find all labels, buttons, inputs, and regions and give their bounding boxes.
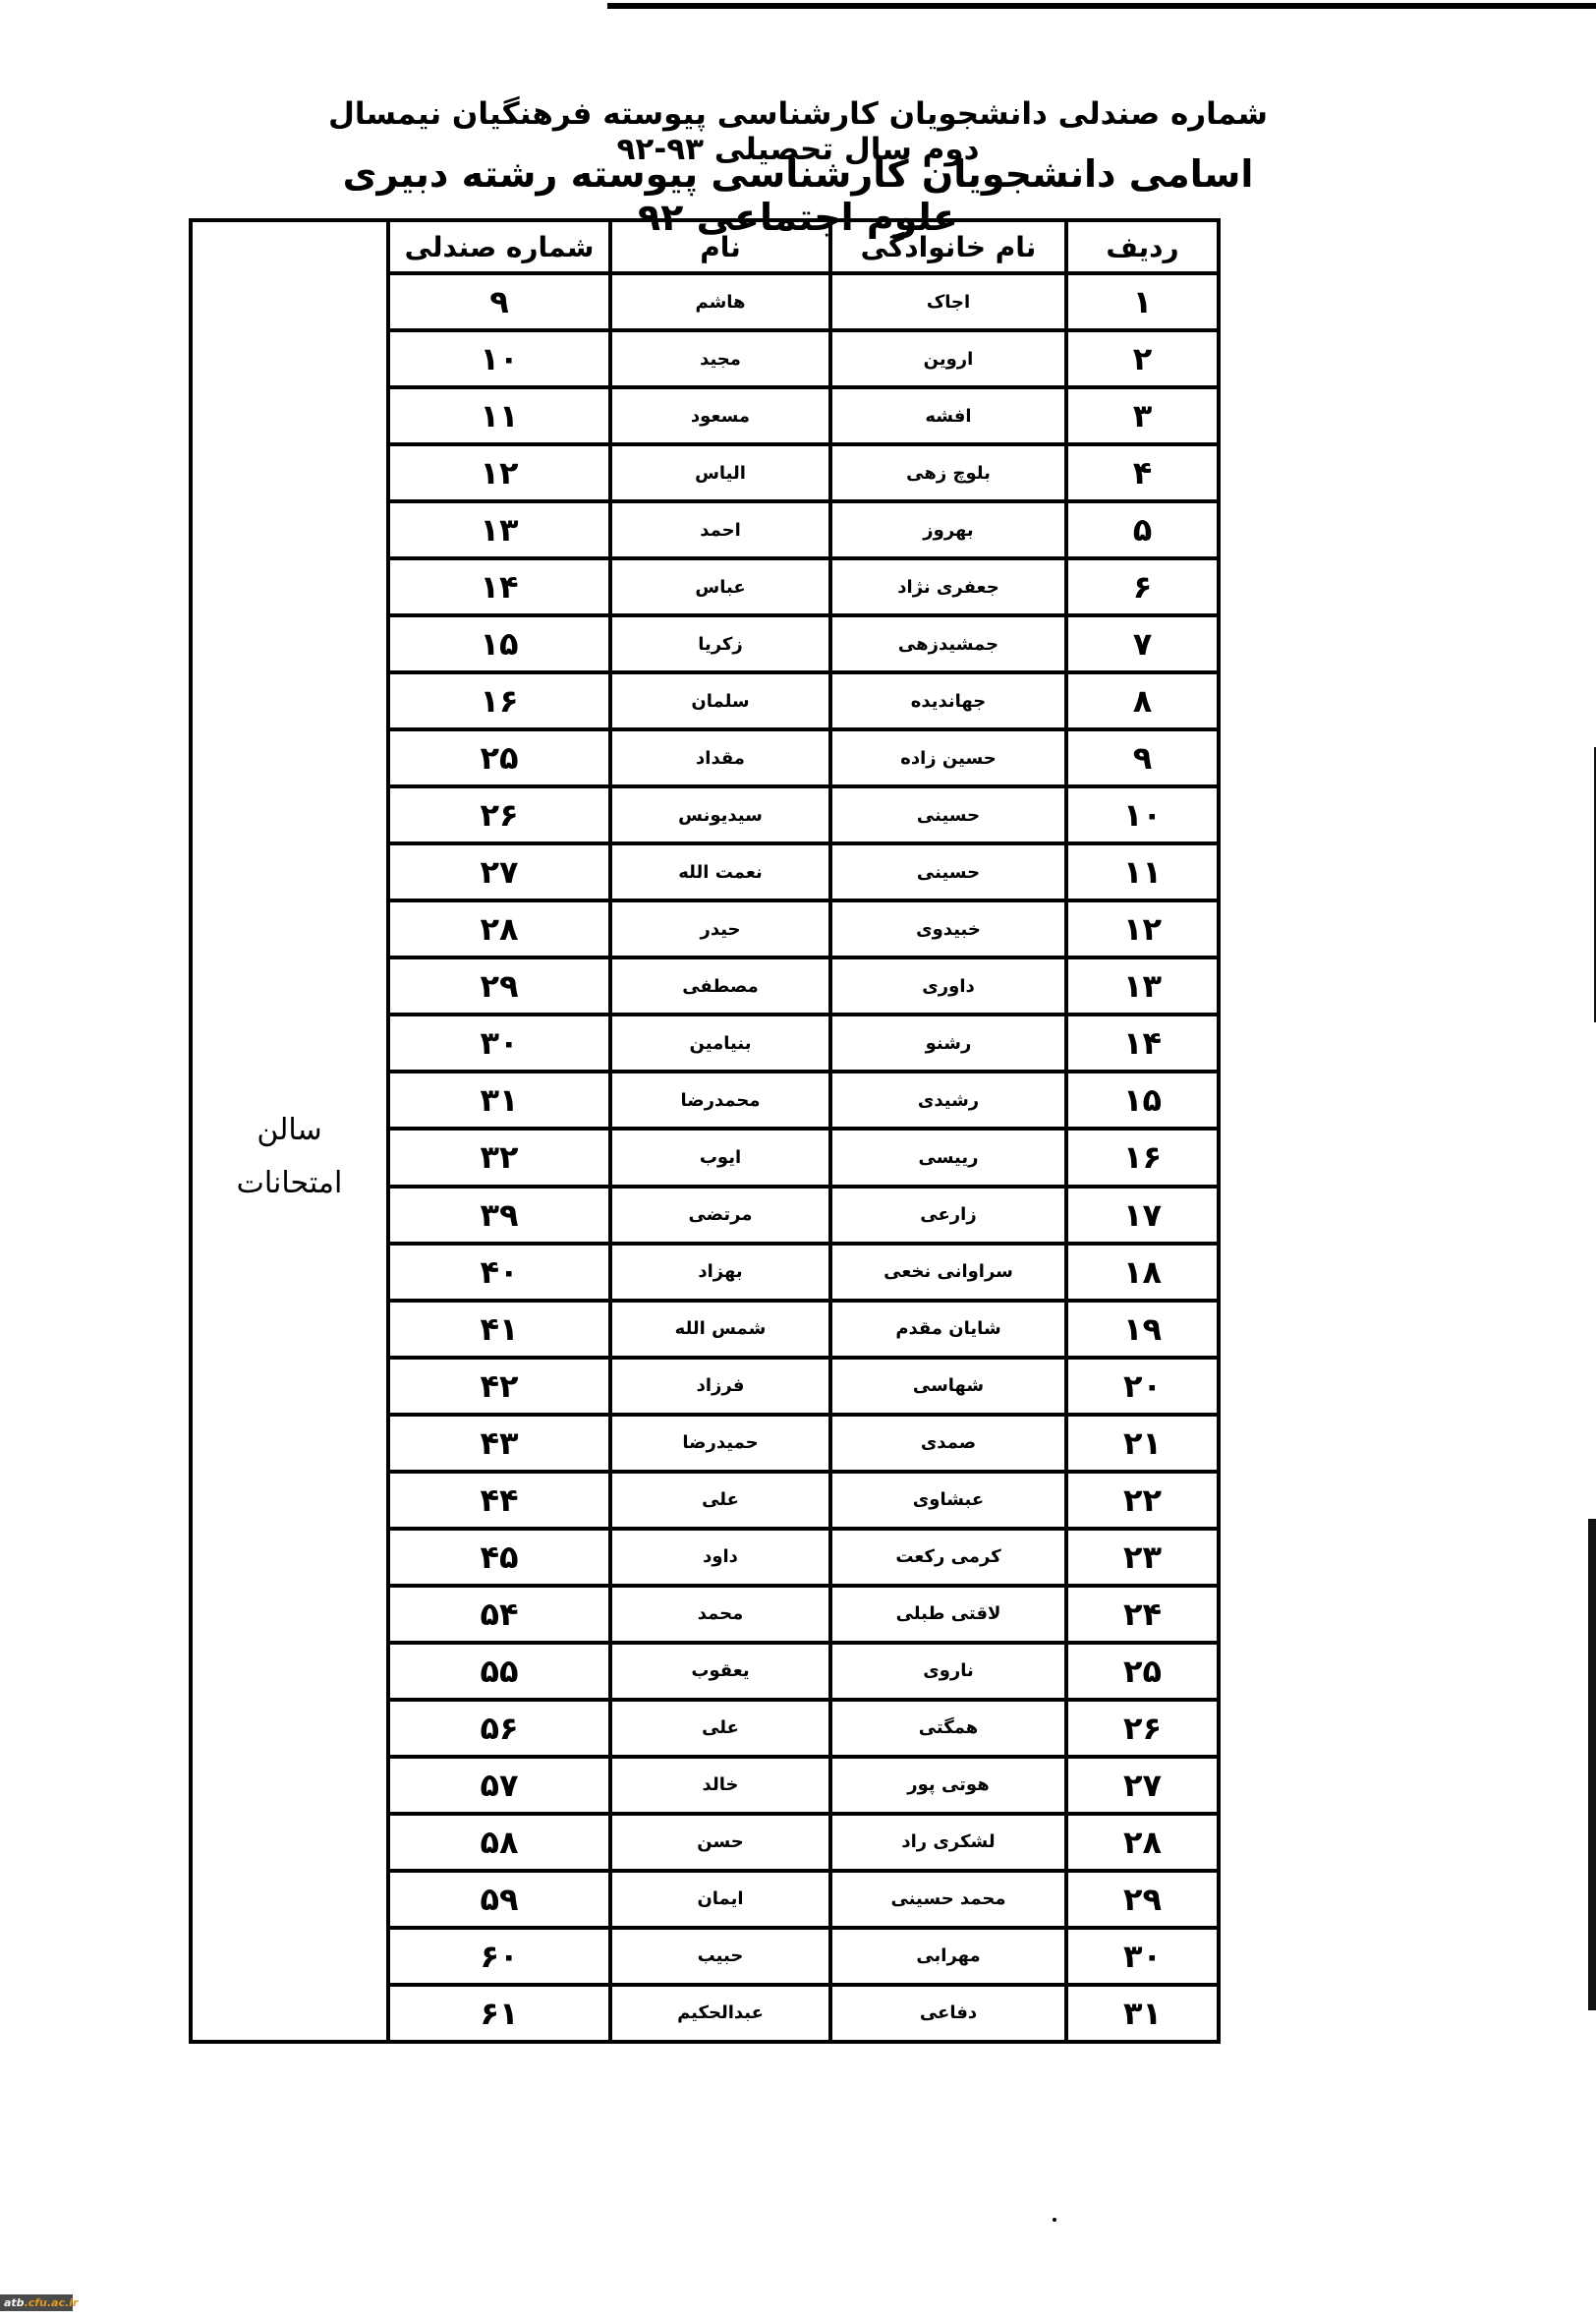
family-name-cell: همگتی [830,1700,1066,1757]
family-name-cell: رییسی [830,1129,1066,1186]
family-name-cell: بلوچ زهی [830,444,1066,501]
row-number-cell: ۳ [1066,387,1219,444]
seat-number-cell: ۱۳ [388,501,610,558]
first-name-cell: مسعود [610,387,830,444]
row-number-cell: ۳۱ [1066,1985,1219,2042]
family-name-cell: شهاسی [830,1358,1066,1415]
family-name-cell: داوری [830,957,1066,1015]
family-name-cell: اجاک [830,273,1066,330]
seat-number-cell: ۳۹ [388,1187,610,1244]
seat-number-cell: ۹ [388,273,610,330]
first-name-cell: هاشم [610,273,830,330]
row-number-cell: ۱۰ [1066,786,1219,843]
row-number-cell: ۲۱ [1066,1415,1219,1472]
row-number-cell: ۱ [1066,273,1219,330]
exam-hall-label-line1: سالن [193,1104,386,1157]
column-header-first-name: نام [610,220,830,273]
table-row: ۱اجاکهاشم۹سالنامتحانات [191,273,1219,330]
seat-number-cell: ۳۰ [388,1015,610,1072]
first-name-cell: ایمان [610,1871,830,1928]
scan-edge-artifact [1588,1519,1596,2010]
seat-number-cell: ۵۴ [388,1586,610,1643]
row-number-cell: ۸ [1066,672,1219,729]
first-name-cell: زکریا [610,615,830,672]
row-number-cell: ۲۲ [1066,1472,1219,1529]
row-number-cell: ۱۲ [1066,900,1219,957]
first-name-cell: حمیدرضا [610,1415,830,1472]
row-number-cell: ۵ [1066,501,1219,558]
first-name-cell: احمد [610,501,830,558]
row-number-cell: ۶ [1066,558,1219,615]
column-header-family-name: نام خانوادگی [830,220,1066,273]
first-name-cell: حیدر [610,900,830,957]
seat-number-cell: ۲۹ [388,957,610,1015]
seat-number-cell: ۱۵ [388,615,610,672]
row-number-cell: ۲۳ [1066,1529,1219,1586]
first-name-cell: مصطفی [610,957,830,1015]
family-name-cell: شایان مقدم [830,1301,1066,1358]
row-number-cell: ۱۳ [1066,957,1219,1015]
scan-speck [1053,2218,1056,2222]
family-name-cell: ناروی [830,1643,1066,1700]
seat-number-cell: ۵۶ [388,1700,610,1757]
first-name-cell: مرتضی [610,1187,830,1244]
row-number-cell: ۲۹ [1066,1871,1219,1928]
first-name-cell: نعمت الله [610,843,830,900]
seat-number-cell: ۳۲ [388,1129,610,1186]
first-name-cell: داود [610,1529,830,1586]
row-number-cell: ۲۰ [1066,1358,1219,1415]
row-number-cell: ۱۷ [1066,1187,1219,1244]
row-number-cell: ۱۱ [1066,843,1219,900]
family-name-cell: رشنو [830,1015,1066,1072]
family-name-cell: محمد حسینی [830,1871,1066,1928]
family-name-cell: لشکری راد [830,1814,1066,1871]
first-name-cell: بنیامین [610,1015,830,1072]
seat-number-cell: ۲۵ [388,729,610,786]
seat-number-cell: ۱۰ [388,330,610,387]
table-header-row: ردیف نام خانوادگی نام شماره صندلی [191,220,1219,273]
first-name-cell: حسن [610,1814,830,1871]
family-name-cell: هوتی پور [830,1757,1066,1814]
first-name-cell: محمد [610,1586,830,1643]
first-name-cell: محمدرضا [610,1072,830,1129]
family-name-cell: حسینی [830,843,1066,900]
seat-number-cell: ۱۲ [388,444,610,501]
family-name-cell: حسین زاده [830,729,1066,786]
family-name-cell: صمدی [830,1415,1066,1472]
seat-number-cell: ۱۶ [388,672,610,729]
seat-number-cell: ۴۵ [388,1529,610,1586]
family-name-cell: خبیدوی [830,900,1066,957]
family-name-cell: عبشاوی [830,1472,1066,1529]
row-number-cell: ۱۸ [1066,1244,1219,1301]
seat-assignment-table: ردیف نام خانوادگی نام شماره صندلی ۱اجاکه… [189,218,1221,2044]
row-number-cell: ۱۶ [1066,1129,1219,1186]
scan-top-border [607,3,1596,9]
first-name-cell: الیاس [610,444,830,501]
seat-number-cell: ۴۳ [388,1415,610,1472]
first-name-cell: خالد [610,1757,830,1814]
seat-number-cell: ۵۷ [388,1757,610,1814]
row-number-cell: ۲ [1066,330,1219,387]
seat-number-cell: ۴۲ [388,1358,610,1415]
first-name-cell: مجید [610,330,830,387]
family-name-cell: جهاندیده [830,672,1066,729]
family-name-cell: بهروز [830,501,1066,558]
row-number-cell: ۱۹ [1066,1301,1219,1358]
seat-number-cell: ۴۰ [388,1244,610,1301]
column-header-seat-number: شماره صندلی [388,220,610,273]
family-name-cell: رشیدی [830,1072,1066,1129]
seat-number-cell: ۳۱ [388,1072,610,1129]
row-number-cell: ۲۵ [1066,1643,1219,1700]
first-name-cell: شمس الله [610,1301,830,1358]
exam-hall-label-line2: امتحانات [193,1157,386,1210]
row-number-cell: ۱۵ [1066,1072,1219,1129]
first-name-cell: عبدالحکیم [610,1985,830,2042]
seat-number-cell: ۵۹ [388,1871,610,1928]
site-watermark: atb.cfu.ac.ir [0,2294,73,2311]
row-number-cell: ۳۰ [1066,1928,1219,1985]
first-name-cell: ایوب [610,1129,830,1186]
family-name-cell: سراوانی نخعی [830,1244,1066,1301]
row-number-cell: ۴ [1066,444,1219,501]
seat-number-cell: ۶۰ [388,1928,610,1985]
column-header-hall [191,220,388,273]
family-name-cell: دفاعی [830,1985,1066,2042]
column-header-row-number: ردیف [1066,220,1219,273]
row-number-cell: ۲۸ [1066,1814,1219,1871]
seat-number-cell: ۴۱ [388,1301,610,1358]
first-name-cell: حبیب [610,1928,830,1985]
row-number-cell: ۲۷ [1066,1757,1219,1814]
row-number-cell: ۱۴ [1066,1015,1219,1072]
first-name-cell: سلمان [610,672,830,729]
family-name-cell: کرمی رکعت [830,1529,1066,1586]
row-number-cell: ۷ [1066,615,1219,672]
seat-number-cell: ۱۱ [388,387,610,444]
seat-number-cell: ۱۴ [388,558,610,615]
row-number-cell: ۲۴ [1066,1586,1219,1643]
family-name-cell: جمشیدزهی [830,615,1066,672]
first-name-cell: بهزاد [610,1244,830,1301]
first-name-cell: مقداد [610,729,830,786]
first-name-cell: عباس [610,558,830,615]
row-number-cell: ۹ [1066,729,1219,786]
seat-number-cell: ۵۵ [388,1643,610,1700]
seat-number-cell: ۲۷ [388,843,610,900]
seat-number-cell: ۴۴ [388,1472,610,1529]
family-name-cell: لاقتی طبلی [830,1586,1066,1643]
first-name-cell: یعقوب [610,1643,830,1700]
first-name-cell: سیدیونس [610,786,830,843]
seat-number-cell: ۵۸ [388,1814,610,1871]
first-name-cell: علی [610,1700,830,1757]
family-name-cell: اروین [830,330,1066,387]
family-name-cell: حسینی [830,786,1066,843]
row-number-cell: ۲۶ [1066,1700,1219,1757]
seat-number-cell: ۲۸ [388,900,610,957]
first-name-cell: علی [610,1472,830,1529]
exam-hall-cell: سالنامتحانات [191,273,388,2042]
family-name-cell: جعفری نژاد [830,558,1066,615]
seat-number-cell: ۶۱ [388,1985,610,2042]
family-name-cell: مهرابی [830,1928,1066,1985]
seat-number-cell: ۲۶ [388,786,610,843]
family-name-cell: زارعی [830,1187,1066,1244]
first-name-cell: فرزاد [610,1358,830,1415]
family-name-cell: افشه [830,387,1066,444]
